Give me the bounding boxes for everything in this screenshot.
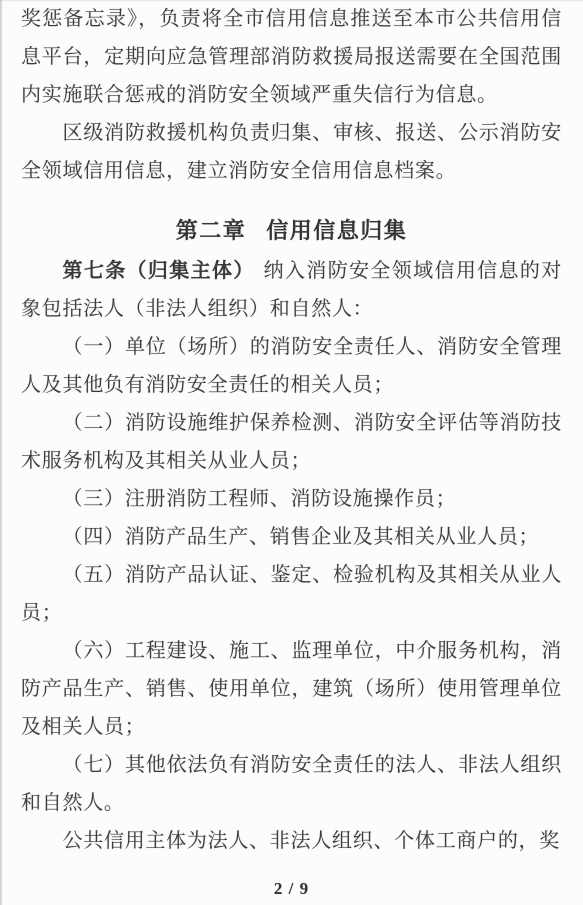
paragraph: （二）消防设施维护保养检测、消防安全评估等消防技术服务机构及其相关从业人员；	[21, 404, 562, 480]
page-number-indicator: 2 / 9	[274, 879, 309, 898]
scan-edge-artifact	[0, 0, 3, 905]
paragraph: （四）消防产品生产、销售企业及其相关从业人员；	[21, 518, 562, 556]
paragraph: （一）单位（场所）的消防安全责任人、消防安全管理人及其他负有消防安全责任的相关人…	[21, 328, 562, 404]
article-lead-label: 第七条（归集主体）	[63, 260, 255, 282]
article-paragraph: 第七条（归集主体）纳入消防安全领域信用信息的对象包括法人（非法人组织）和自然人：	[21, 252, 562, 328]
chapter-number: 第二章	[176, 218, 247, 243]
paragraph: （五）消防产品认证、鉴定、检验机构及其相关从业人员；	[21, 556, 562, 632]
page-footer: 2 / 9	[0, 879, 583, 899]
document-body: 奖惩备忘录》，负责将全市信用信息推送至本市公共信用信息平台，定期向应急管理部消防…	[21, 0, 562, 860]
paragraph: 奖惩备忘录》，负责将全市信用信息推送至本市公共信用信息平台，定期向应急管理部消防…	[21, 0, 562, 114]
paragraph: （七）其他依法负有消防安全责任的法人、非法人组织和自然人。	[21, 746, 562, 822]
paragraph: 公共信用主体为法人、非法人组织、个体工商户的，奖	[21, 822, 562, 860]
chapter-heading: 第二章信用信息归集	[21, 212, 562, 250]
chapter-title: 信用信息归集	[266, 218, 407, 243]
document-page: 奖惩备忘录》，负责将全市信用信息推送至本市公共信用信息平台，定期向应急管理部消防…	[0, 0, 583, 905]
paragraph: 区级消防救援机构负责归集、审核、报送、公示消防安全领域信用信息，建立消防安全信用…	[21, 114, 562, 190]
paragraph: （六）工程建设、施工、监理单位，中介服务机构，消防产品生产、销售、使用单位，建筑…	[21, 632, 562, 746]
paragraph: （三）注册消防工程师、消防设施操作员；	[21, 480, 562, 518]
